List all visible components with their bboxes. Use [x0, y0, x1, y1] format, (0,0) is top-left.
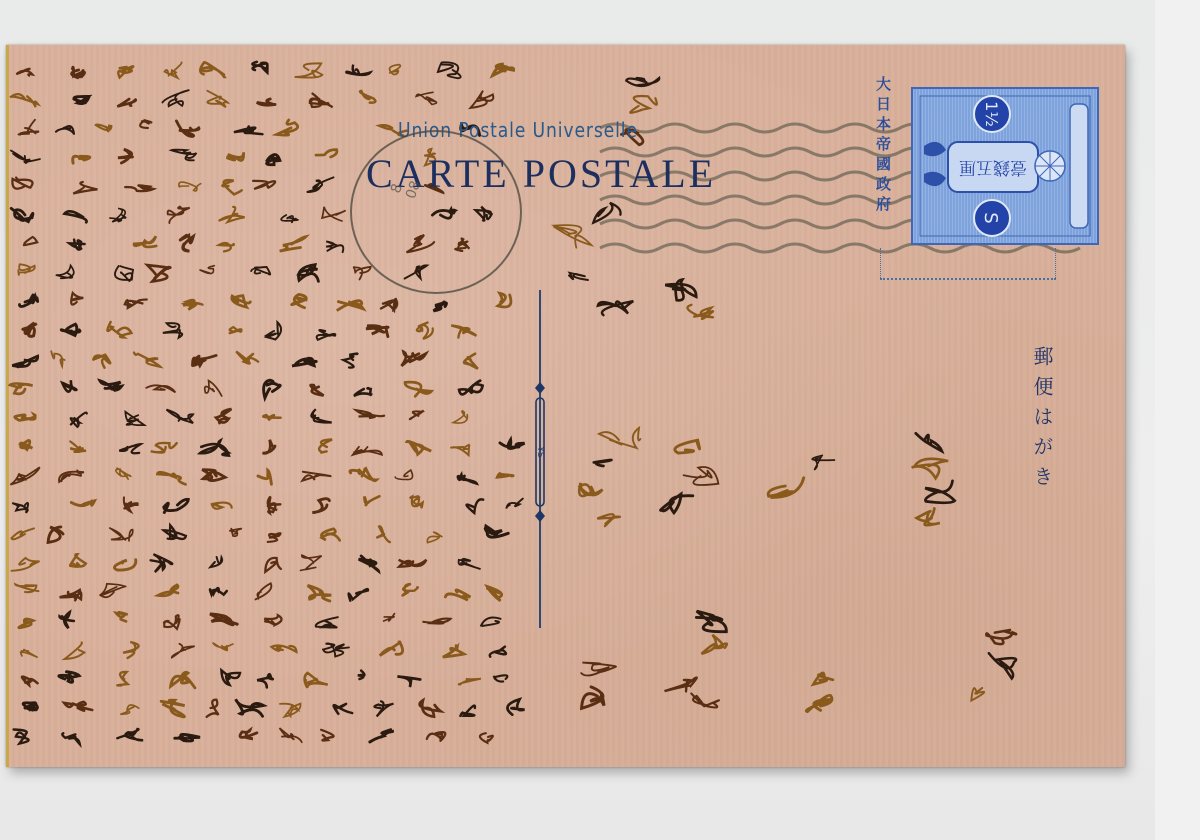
postage-stamp-icon: 1½ S 壹錢五厘 — [910, 86, 1100, 246]
postmark-circle — [350, 130, 522, 294]
stamp-placement-box — [880, 248, 1056, 280]
postcard-vertical-label: 郵便はがき — [1028, 346, 1057, 496]
svg-text:S: S — [980, 212, 1001, 223]
stamp-issuer-text: 大日本帝國政府 — [872, 76, 894, 216]
svg-text:YS: YS — [535, 445, 545, 457]
svg-text:1½: 1½ — [982, 101, 1001, 127]
svg-text:壹錢五厘: 壹錢五厘 — [959, 157, 1027, 177]
divider-ornament-icon: YS — [531, 382, 549, 522]
